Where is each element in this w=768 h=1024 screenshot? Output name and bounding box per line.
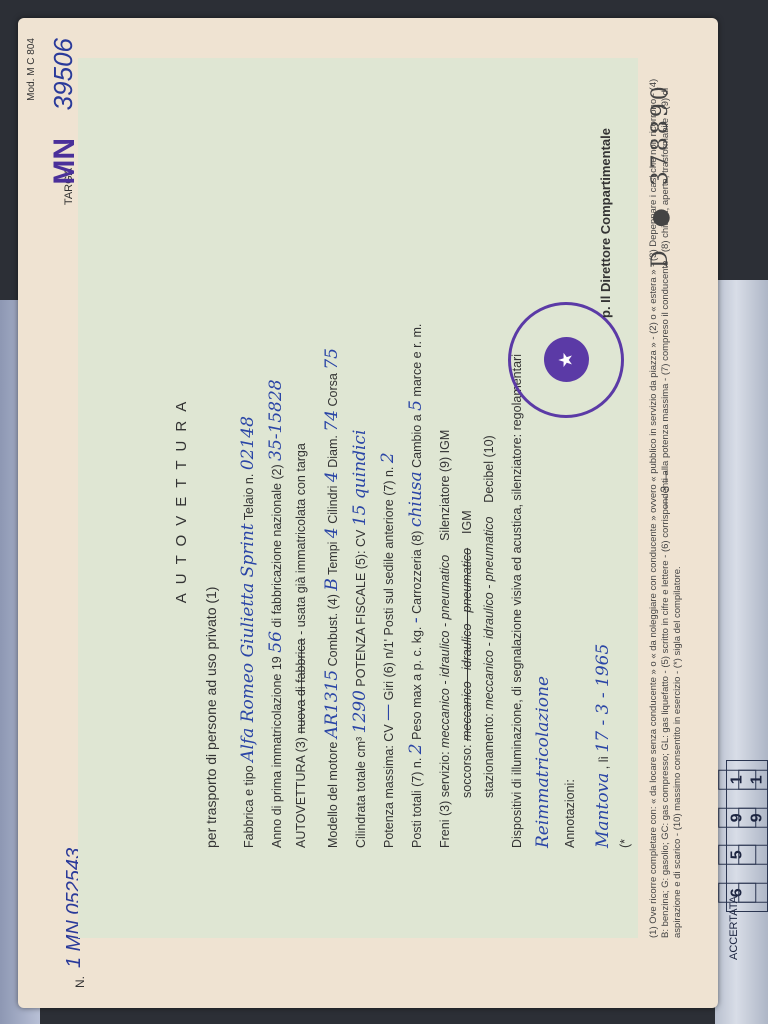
combust-value: B <box>322 578 342 591</box>
background-document-right <box>715 280 768 1024</box>
label: Tempi <box>326 542 340 575</box>
label: Silenziatore (9) <box>438 457 452 541</box>
label: Carrozzeria (8) <box>410 531 424 614</box>
row-freni: Freni (3) servizio: meccanico - idraulic… <box>438 430 452 848</box>
row-potenza: Potenza massima: CV — Giri (6) n/1' Post… <box>378 452 398 848</box>
label: - usata già immatricolata con targa <box>294 443 308 635</box>
label: Cambio a <box>410 414 424 468</box>
year-digit: 1 <box>738 770 768 790</box>
label: servizio: <box>438 751 452 797</box>
corsa-value: 75 <box>322 348 342 370</box>
document-title: AUTOVETTURA <box>173 58 190 938</box>
label: Modello del motore <box>326 742 340 848</box>
label: di fabbricazione nazionale (2) <box>270 464 284 627</box>
potenza-fiscale-value: 15 quindici <box>350 430 370 527</box>
label: IGM <box>438 430 452 454</box>
label: (* <box>618 839 632 848</box>
row-modello: Modello del motore AR1315 Combust. (4) B… <box>322 348 342 848</box>
posti-totali-value: 2 <box>406 743 426 754</box>
n-label: N. <box>73 976 87 988</box>
model-code: Mod. M C 804 <box>26 38 37 101</box>
label: Potenza massima: CV <box>382 724 396 848</box>
carrozzeria-value: chiusa <box>406 471 426 527</box>
label: Cilindrata totale cm³ <box>354 737 368 848</box>
emblem-icon: ★ <box>544 338 589 383</box>
tempi-value: 4 <box>322 527 342 538</box>
modello-value: AR1315 <box>322 670 342 738</box>
accertata-label: ACCERTATA <box>728 896 740 960</box>
label: Telaio n. <box>242 474 256 521</box>
targa-number: 39506 <box>48 38 79 110</box>
row-data: Mantova , lì 17 - 3 - 1965 <box>593 644 613 848</box>
registration-document: Mod. M C 804 TARGA MN 39506 N. 1 MN 0525… <box>18 18 718 1008</box>
label: Annotazioni: <box>563 779 577 848</box>
row-posti: Posti totali (7) n. 2 Peso max a p. c. k… <box>406 324 426 848</box>
row-autovettura: AUTOVETTURA (3) nuova di fabbrica - usat… <box>294 443 308 848</box>
struck-option: nuova di fabbrica <box>294 638 308 733</box>
cilindrata-value: 1290 <box>350 690 370 733</box>
row-dispositivi: Dispositivi di illuminazione, di segnala… <box>510 354 524 848</box>
row-fabbrica: Fabbrica e tipo Alfa Romeo Giulietta Spr… <box>238 416 258 848</box>
fabbricazione-value: 35-15828 <box>266 379 286 460</box>
cambio-value: 5 <box>406 400 426 411</box>
page-number: — 3 — <box>658 471 672 508</box>
targa-province: MN <box>48 138 82 185</box>
document-subtitle: per trasporto di persone ad uso privato … <box>203 587 219 848</box>
series-letter: D <box>648 247 673 268</box>
fabbrica-value: Alfa Romeo Giulietta Sprint <box>238 523 258 761</box>
year-digit: 9 <box>738 807 768 827</box>
label: Corsa <box>326 373 340 406</box>
form-panel: AUTOVETTURA per trasporto di persone ad … <box>78 58 638 938</box>
document-page: Mod. M C 804 TARGA MN 39506 N. 1 MN 0525… <box>18 18 718 1008</box>
label: Fabbrica e tipo <box>242 765 256 848</box>
label: AUTOVETTURA (3) <box>294 737 308 848</box>
date-value: 17 - 3 - 1965 <box>593 644 613 753</box>
row-anno: Anno di prima immatricolazione 19 56 di … <box>266 379 286 848</box>
label: Posti sul sedile anteriore (7) n. <box>382 467 396 636</box>
potenza-massima-value: — <box>378 704 398 721</box>
serial-digits: 378890 <box>648 83 673 185</box>
label: Anno di prima immatricolazione 19 <box>270 656 284 848</box>
row-stazionamento: stazionamento: meccanico - idraulico - p… <box>482 435 496 798</box>
label: Dispositivi di illuminazione, di segnala… <box>510 354 524 848</box>
label: Peso max a p. c. kg. <box>410 627 424 740</box>
posti-anteriore-value: 2 <box>378 452 398 463</box>
diam-value: 74 <box>322 410 342 432</box>
soccorso-value: meccanico - idraulico - pneumatico <box>460 548 474 741</box>
year-digit <box>738 882 768 902</box>
label: Decibel (10) <box>482 435 496 502</box>
anno-value: 56 <box>266 631 286 653</box>
stazionamento-value: meccanico - idraulico - pneumatico <box>482 517 496 710</box>
label: Freni (3) <box>438 801 452 848</box>
label: Giri (6) n/1' <box>382 639 396 700</box>
label: , lì <box>597 756 611 769</box>
label: Cilindri <box>326 486 340 524</box>
label: Posti totali (7) n. <box>410 758 424 848</box>
official-stamp: ★ <box>508 302 624 418</box>
cilindri-value: 4 <box>322 471 342 482</box>
luogo-value: Mantova <box>593 773 613 848</box>
telaio-value: 02148 <box>238 416 258 470</box>
label: marce e r. m. <box>410 324 424 397</box>
servizio-value: meccanico - idraulico - pneumatico <box>438 555 452 748</box>
label: Combust. (4) <box>326 594 340 666</box>
row-dispositivi-value: Reimmatricolazione <box>533 676 553 848</box>
dispositivi-value: Reimmatricolazione <box>533 676 553 848</box>
row-sigla: (* <box>618 839 632 848</box>
label: IGM <box>460 510 474 534</box>
director-label: p. Il Direttore Compartimentale <box>598 128 613 318</box>
year-digit <box>738 845 768 865</box>
row-annotazioni: Annotazioni: <box>563 779 577 848</box>
label: soccorso: <box>460 745 474 799</box>
label: Diam. <box>326 435 340 468</box>
row-soccorso: soccorso: meccanico - idraulico - pneuma… <box>460 510 474 798</box>
label: stazionamento: <box>482 713 496 798</box>
peso-value: - <box>406 617 426 623</box>
serial-number: D ● 378890 <box>648 83 673 268</box>
label: POTENZA FISCALE (5): CV <box>354 530 368 687</box>
year-grid: 1 1 9 9 5 6 <box>726 760 768 912</box>
row-cilindrata: Cilindrata totale cm³ 1290 POTENZA FISCA… <box>350 430 370 848</box>
